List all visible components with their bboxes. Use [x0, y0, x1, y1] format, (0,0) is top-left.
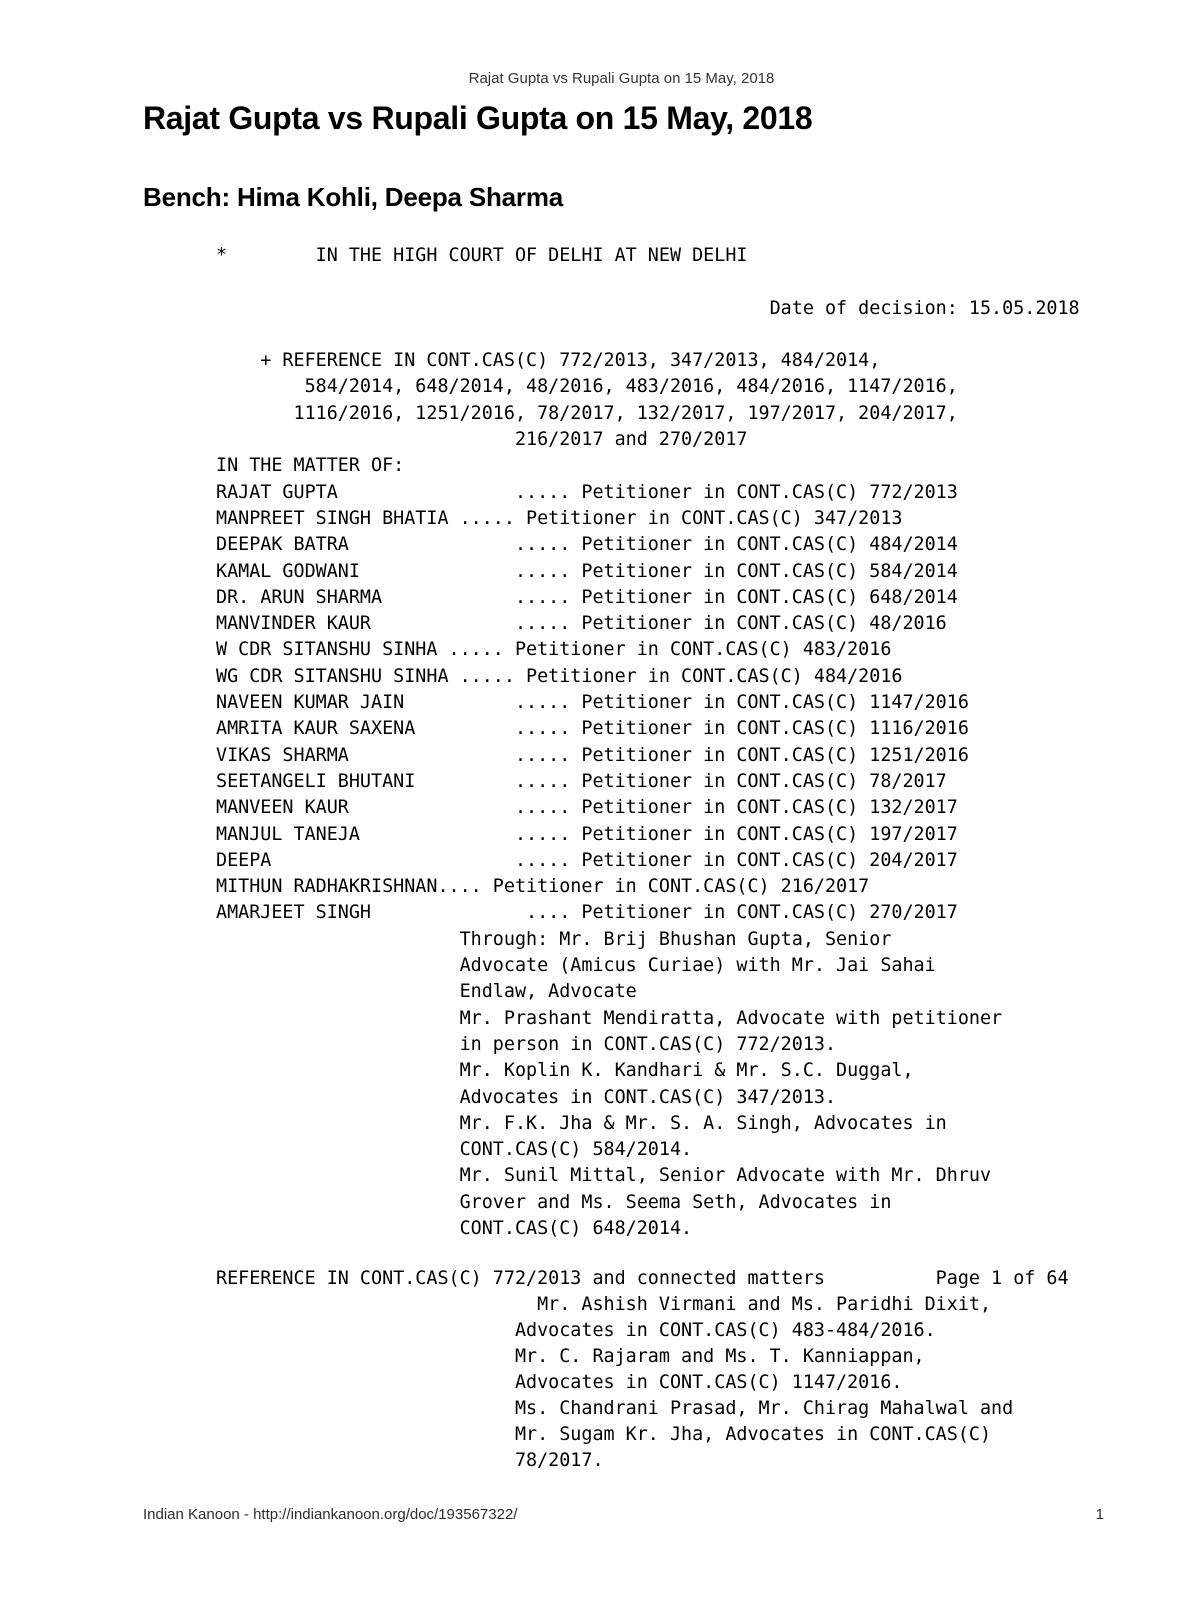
running-header: Rajat Gupta vs Rupali Gupta on 15 May, 2…: [143, 70, 1100, 87]
page-title: Rajat Gupta vs Rupali Gupta on 15 May, 2…: [143, 100, 812, 137]
page-footer: Indian Kanoon - http://indiankanoon.org/…: [143, 1506, 1104, 1523]
footer-page-number: 1: [1096, 1506, 1104, 1523]
document-page: Rajat Gupta vs Rupali Gupta on 15 May, 2…: [0, 0, 1200, 1598]
footer-source-link[interactable]: Indian Kanoon - http://indiankanoon.org/…: [143, 1506, 517, 1523]
bench-heading: Bench: Hima Kohli, Deepa Sharma: [143, 182, 563, 213]
judgment-body-text: * IN THE HIGH COURT OF DELHI AT NEW DELH…: [216, 243, 1080, 1242]
judgment-body-text-continued: REFERENCE IN CONT.CAS(C) 772/2013 and co…: [216, 1266, 1069, 1474]
